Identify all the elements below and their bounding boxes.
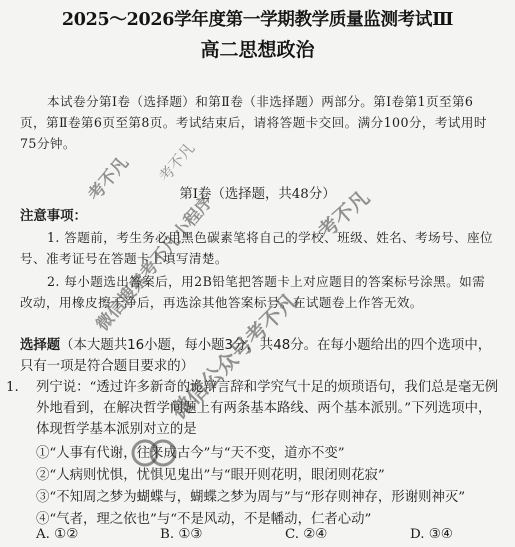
question-option-1: ①“人事有代谢，往来成古今”与“天不变，道亦不变” bbox=[36, 443, 345, 464]
answer-choice-d: D. ③④ bbox=[410, 527, 453, 542]
notice-heading: 注意事项： bbox=[20, 205, 87, 224]
intro-paragraph: 本试卷分第Ⅰ卷（选择题）和第Ⅱ卷（非选择题）两部分。第Ⅰ卷第1页至第6页，第Ⅱ卷… bbox=[20, 91, 498, 154]
answer-choice-a: A. ①② bbox=[36, 527, 78, 542]
exam-title: 2025～2026学年度第一学期教学质量监测考试Ⅲ bbox=[0, 6, 515, 31]
question-option-3: ③“不知周之梦为蝴蝶与，蝴蝶之梦为周与”与“形存则神存，形谢则神灭” bbox=[36, 487, 465, 508]
answer-choice-c: C. ②④ bbox=[285, 527, 327, 542]
choice-section-description: （本大题共16小题，每小题3分，共48分。在每小题给出的四个选项中，只有一项是符… bbox=[20, 338, 491, 374]
answer-choice-b: B. ①③ bbox=[160, 527, 202, 542]
choice-section-header: 选择题（本大题共16小题，每小题3分，共48分。在每小题给出的四个选项中，只有一… bbox=[20, 335, 500, 377]
question-1: 1. 列宁说：“透过许多新奇的诡辩言辞和学究气十足的烦琐语句，我们总是毫无例外地… bbox=[6, 377, 500, 440]
choice-section-label: 选择题 bbox=[20, 338, 60, 353]
notice-item-2: 2. 每小题选出答案后，用2B铅笔把答题卡上对应题目的答案标号涂黑。如需改动，用… bbox=[20, 271, 498, 313]
section-title: 第Ⅰ卷（选择题，共48分） bbox=[0, 183, 515, 202]
question-number: 1. bbox=[6, 377, 19, 398]
question-option-2: ②“人病则忧惧，忧惧见鬼出”与“眼开则花明，眼闭则花寂” bbox=[36, 465, 385, 486]
question-stem: 列宁说：“透过许多新奇的诡辩言辞和学究气十足的烦琐语句，我们总是毫无例外地看到，… bbox=[36, 377, 500, 440]
notice-item-1: 1. 答题前，考生务必用黑色碳素笔将自己的学校、班级、姓名、考场号、座位号、准考… bbox=[20, 227, 498, 269]
exam-page: 2025～2026学年度第一学期教学质量监测考试Ⅲ 高二思想政治 本试卷分第Ⅰ卷… bbox=[0, 0, 515, 547]
exam-subject: 高二思想政治 bbox=[0, 35, 515, 62]
